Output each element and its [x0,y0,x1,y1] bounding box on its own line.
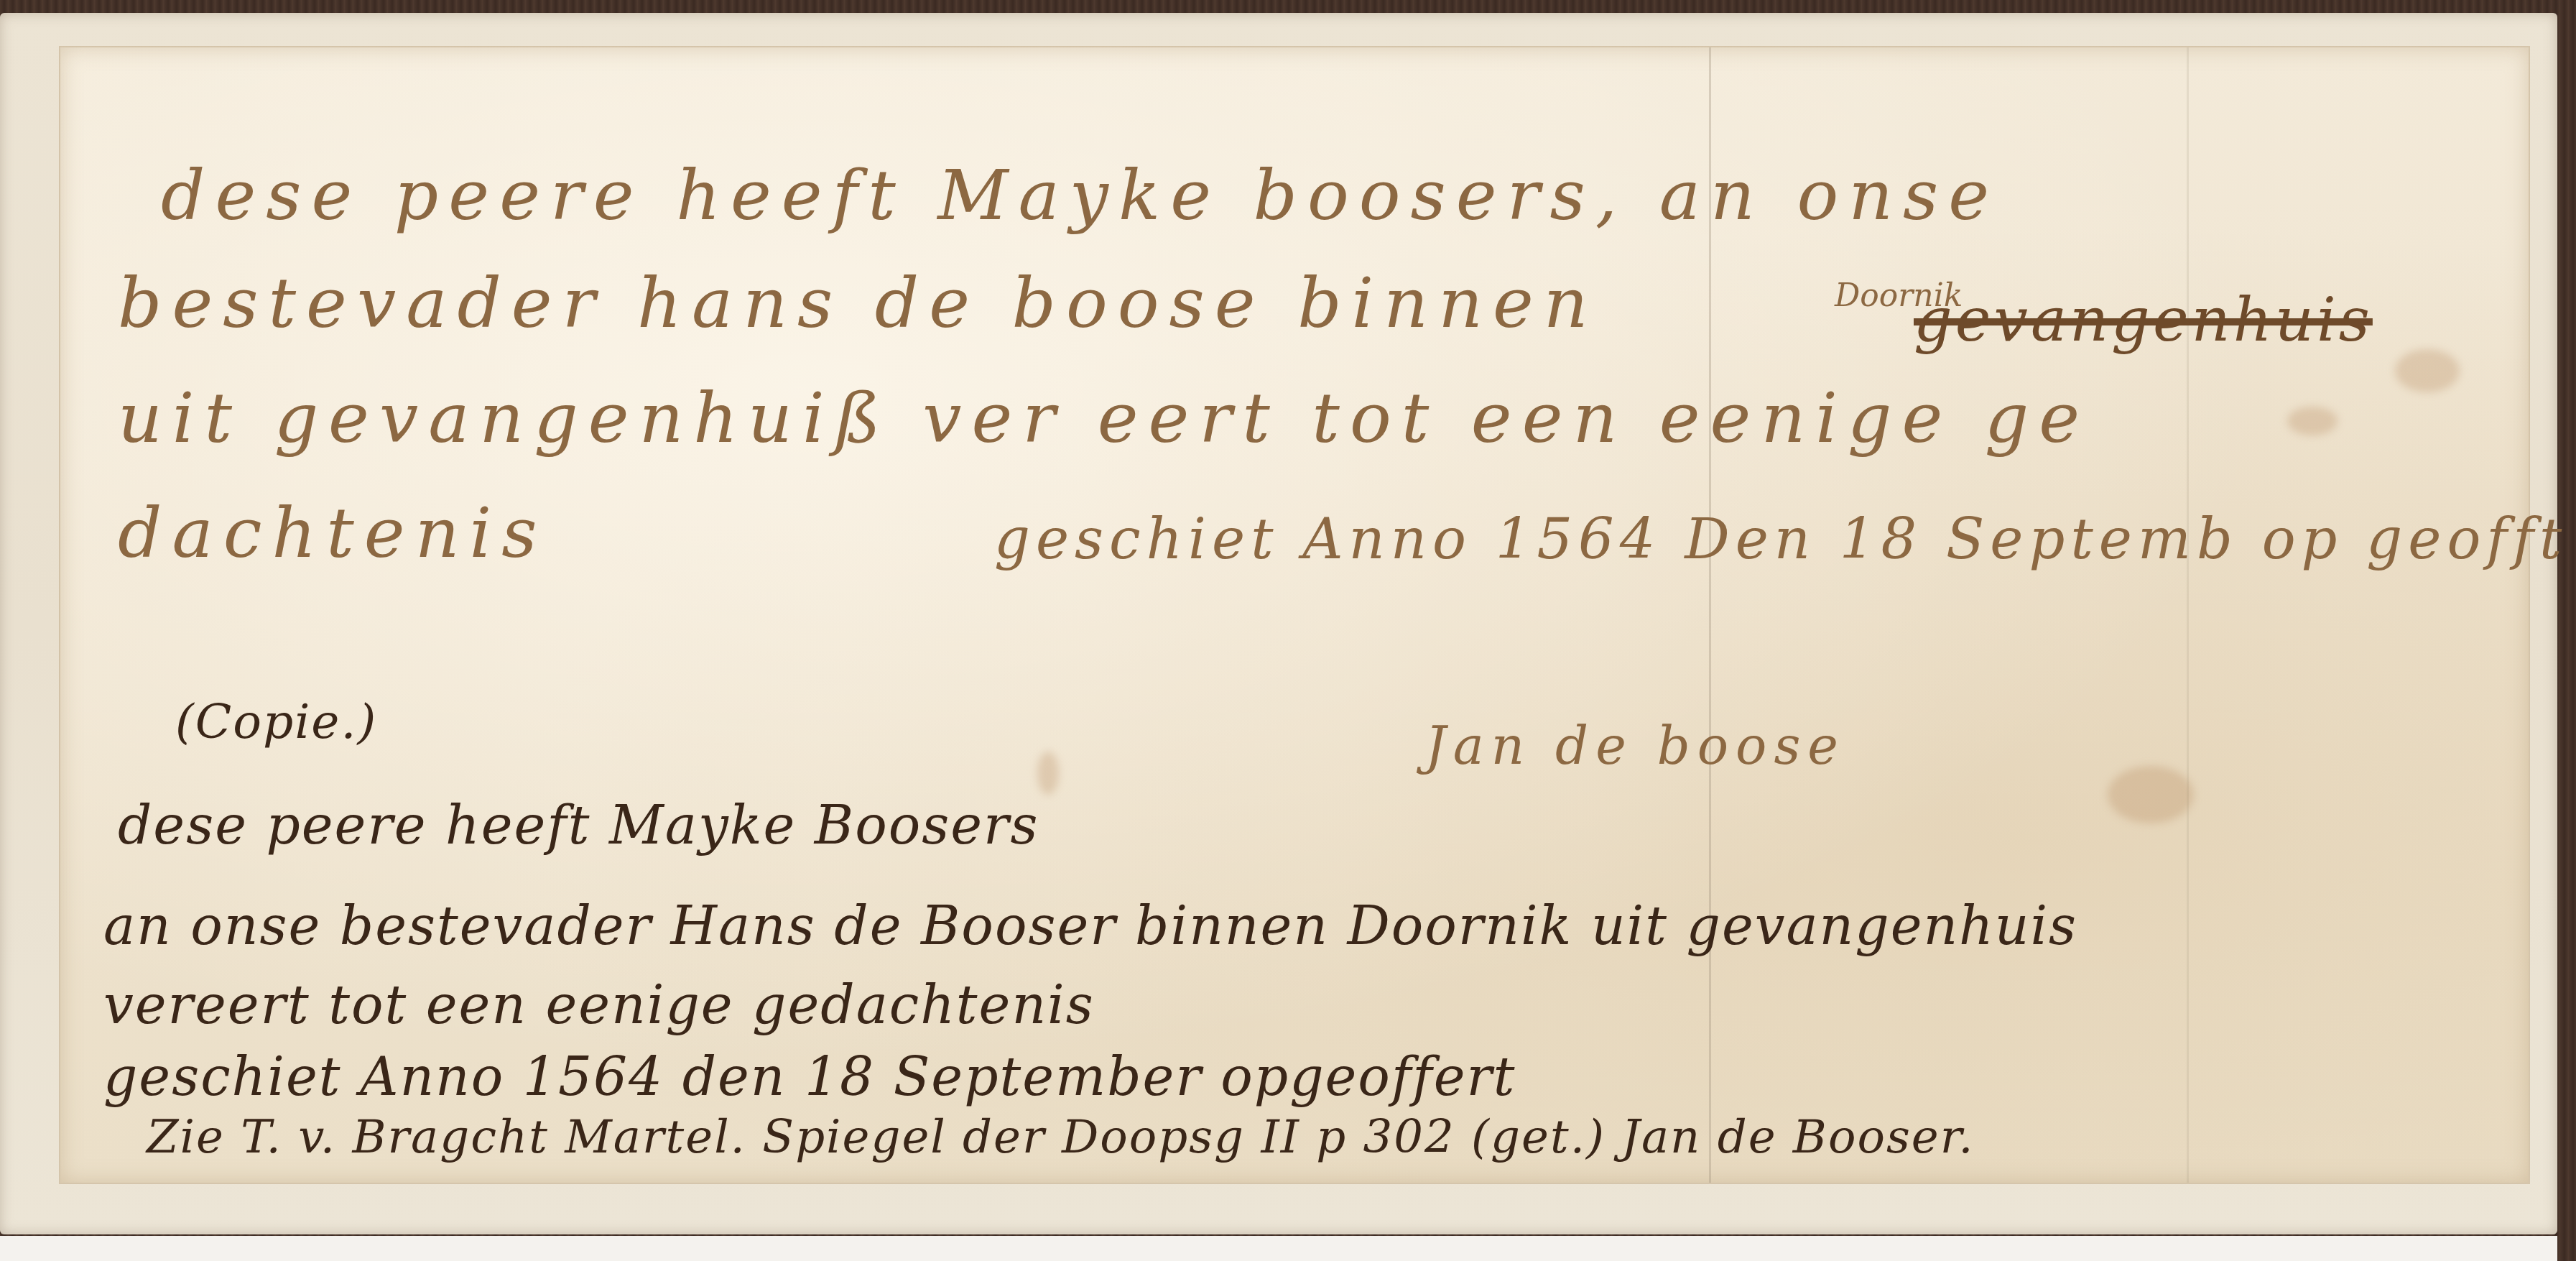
stain [1037,752,1059,795]
copy-line-5-reference-signature: Zie T. v. Bragcht Martel. Spiegel der Do… [147,1111,1975,1164]
original-line-1: dese peere heeft Mayke boosers, an onse [161,155,1999,236]
bottom-white-strip [0,1236,2557,1261]
original-signature: Jan de boose [1425,716,1845,776]
stain [2108,766,2194,823]
fold-crease [2187,47,2189,1183]
manuscript-paper: dese peere heeft Mayke boosers, an onse … [60,47,2529,1183]
copy-line-1: dese peere heeft Mayke Boosers [118,795,1039,856]
copy-line-2: an onse bestevader Hans de Booser binnen… [103,895,2077,957]
copy-line-4: geschiet Anno 1564 den 18 September opge… [103,1046,1516,1108]
original-date-line: geschiet Anno 1564 Den 18 Septemb op geo… [994,507,2567,572]
copy-label: (Copie.) [175,694,377,749]
stain [2287,407,2338,435]
stain [2395,349,2460,392]
original-line-4: dachtenis [118,493,547,573]
original-line-2: bestevader hans de boose binnen [118,263,1598,343]
struck-out-word: gevangenhuis [1914,285,2373,355]
original-line-3: uit gevangenhuiß ver eert tot een eenige… [118,378,2090,458]
copy-line-3: vereert tot een eenige gedachtenis [103,974,1095,1036]
